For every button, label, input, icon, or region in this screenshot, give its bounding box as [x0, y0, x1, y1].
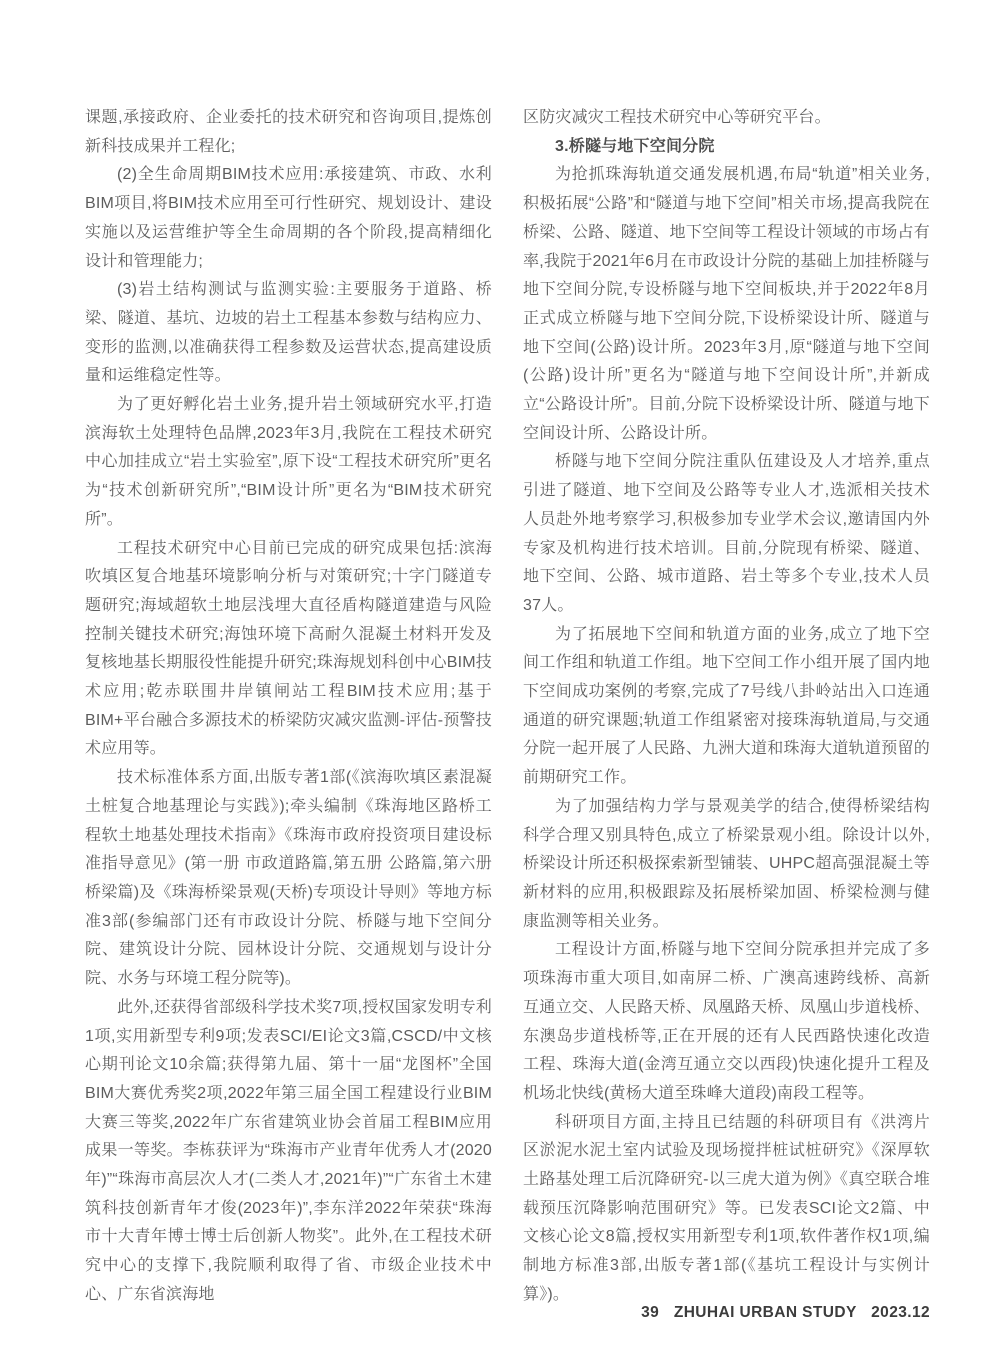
paragraph: 为了拓展地下空间和轨道方面的业务,成立了地下空间工作组和轨道工作组。地下空间工作… — [523, 621, 930, 793]
section-heading: 3.桥隧与地下空间分院 — [523, 133, 930, 162]
paragraph: (3)岩土结构测试与监测实验:主要服务于道路、桥梁、隧道、基坑、边坡的岩土工程基… — [85, 276, 492, 391]
text-columns: 课题,承接政府、企业委托的技术研究和咨询项目,提炼创新科技成果并工程化;(2)全… — [85, 104, 930, 1310]
paragraph: 为了加强结构力学与景观美学的结合,使得桥梁结构科学合理又别具特色,成立了桥梁景观… — [523, 793, 930, 937]
paragraph: 桥隧与地下空间分院注重队伍建设及人才培养,重点引进了隧道、地下空间及公路等专业人… — [523, 448, 930, 620]
issue-date: 2023.12 — [871, 1304, 930, 1321]
paragraph: 区防灾减灾工程技术研究中心等研究平台。 — [523, 104, 930, 133]
paragraph: 此外,还获得省部级科学技术奖7项,授权国家发明专利1项,实用新型专利9项;发表S… — [85, 994, 492, 1310]
paragraph: 技术标准体系方面,出版专著1部(《滨海吹填区素混凝土桩复合地基理论与实践》);牵… — [85, 764, 492, 994]
paragraph: 工程技术研究中心目前已完成的研究成果包括:滨海吹填区复合地基环境影响分析与对策研… — [85, 535, 492, 765]
paragraph: 为了更好孵化岩土业务,提升岩土领域研究水平,打造滨海软土处理特色品牌,2023年… — [85, 391, 492, 535]
paragraph: 科研项目方面,主持且已结题的科研项目有《洪湾片区淤泥水泥土室内试验及现场搅拌桩试… — [523, 1109, 930, 1310]
page-footer: 39 ZHUHAI URBAN STUDY 2023.12 — [641, 1304, 930, 1322]
journal-title: ZHUHAI URBAN STUDY — [674, 1304, 857, 1321]
left-column: 课题,承接政府、企业委托的技术研究和咨询项目,提炼创新科技成果并工程化;(2)全… — [85, 104, 492, 1310]
right-column: 区防灾减灾工程技术研究中心等研究平台。3.桥隧与地下空间分院为抢抓珠海轨道交通发… — [523, 104, 930, 1310]
paragraph: 为抢抓珠海轨道交通发展机遇,布局“轨道”相关业务,积极拓展“公路”和“隧道与地下… — [523, 161, 930, 448]
paragraph: 工程设计方面,桥隧与地下空间分院承担并完成了多项珠海市重大项目,如南屏二桥、广澳… — [523, 936, 930, 1108]
document-page: 课题,承接政府、企业委托的技术研究和咨询项目,提炼创新科技成果并工程化;(2)全… — [0, 0, 1006, 1365]
page-number: 39 — [641, 1304, 659, 1321]
paragraph: 课题,承接政府、企业委托的技术研究和咨询项目,提炼创新科技成果并工程化; — [85, 104, 492, 161]
paragraph: (2)全生命周期BIM技术应用:承接建筑、市政、水利BIM项目,将BIM技术应用… — [85, 161, 492, 276]
